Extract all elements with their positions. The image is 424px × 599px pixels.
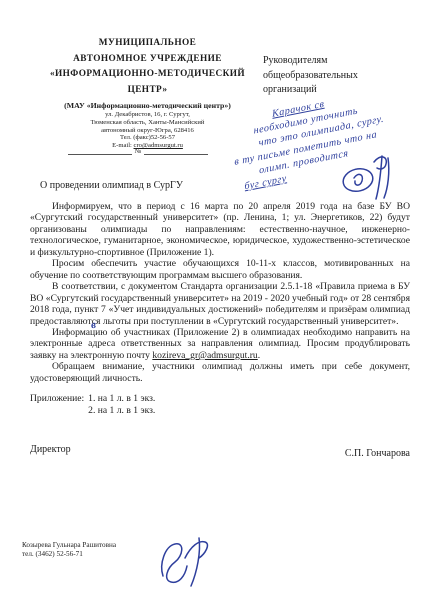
signer-position: Директор [30,444,71,459]
number-blank-line [144,146,208,155]
executor-phone: тел. (3462) 52-56-71 [22,550,116,559]
signer-name: С.П. Гончарова [345,448,410,459]
paragraph: Информируем, что в период с 16 марта по … [30,201,410,258]
contact-email-link: kozireva_gr@admsurgut.ru [152,350,257,361]
addressee-line: общеобразовательных [263,69,418,84]
paragraph: Обращаем внимание, участники олимпиад до… [30,361,410,384]
attachment-block: Приложение: 1. на 1 л. в 1 экз. 2. на 1 … [30,393,410,417]
org-address-line: Тюменская область, Ханты-Мансийский [30,119,265,127]
outgoing-number-line: № [68,146,208,155]
org-short-name: (МАУ «Информационно-методический центр») [30,101,265,111]
org-phone-line: Тел. (факс)52-56-57 [30,134,265,142]
letter-body: О проведении олимпиад в СурГУ Информируе… [30,180,410,459]
handwritten-insertion-mark: в [90,319,96,331]
paragraph-text: . [258,350,260,361]
org-address-line: автономный округ-Югра, 628416 [30,127,265,135]
org-name-line: АВТОНОМНОЕ УЧРЕЖДЕНИЕ [30,52,265,68]
paragraph: Информацию об участниках (Приложение 2) … [30,327,410,361]
org-name-line: ЦЕНТР» [30,83,265,99]
handwritten-signature-flourish [155,536,217,592]
org-name-line: «ИНФОРМАЦИОННО-МЕТОДИЧЕСКИЙ [30,67,265,83]
attachment-item: 2. на 1 л. в 1 экз. [88,405,155,417]
number-sign: № [132,147,145,155]
paragraph: В соответствии, с документом Стандарта о… [30,281,410,327]
signature-row: Директор С.П. Гончарова [30,444,410,459]
executor-block: Козырева Гульнара Рашитовна тел. (3462) … [22,541,116,559]
attachment-label: Приложение: [30,393,84,417]
scanned-letter-page: МУНИЦИПАЛЬНОЕ АВТОНОМНОЕ УЧРЕЖДЕНИЕ «ИНФ… [0,0,424,599]
org-address-line: ул. Декабристов, 16, г. Сургут, [30,111,265,119]
executor-name: Козырева Гульнара Рашитовна [22,541,116,550]
handwritten-initials-signature [338,152,396,202]
addressee-line: Руководителям [263,54,418,69]
paragraph: Просим обеспечить участие обучающихся 10… [30,258,410,281]
attachment-items: 1. на 1 л. в 1 экз. 2. на 1 л. в 1 экз. [88,393,155,417]
org-name-line: МУНИЦИПАЛЬНОЕ [30,36,265,52]
letterhead-org-block: МУНИЦИПАЛЬНОЕ АВТОНОМНОЕ УЧРЕЖДЕНИЕ «ИНФ… [30,36,265,150]
attachment-item: 1. на 1 л. в 1 экз. [88,393,155,405]
date-blank-line [68,146,132,155]
